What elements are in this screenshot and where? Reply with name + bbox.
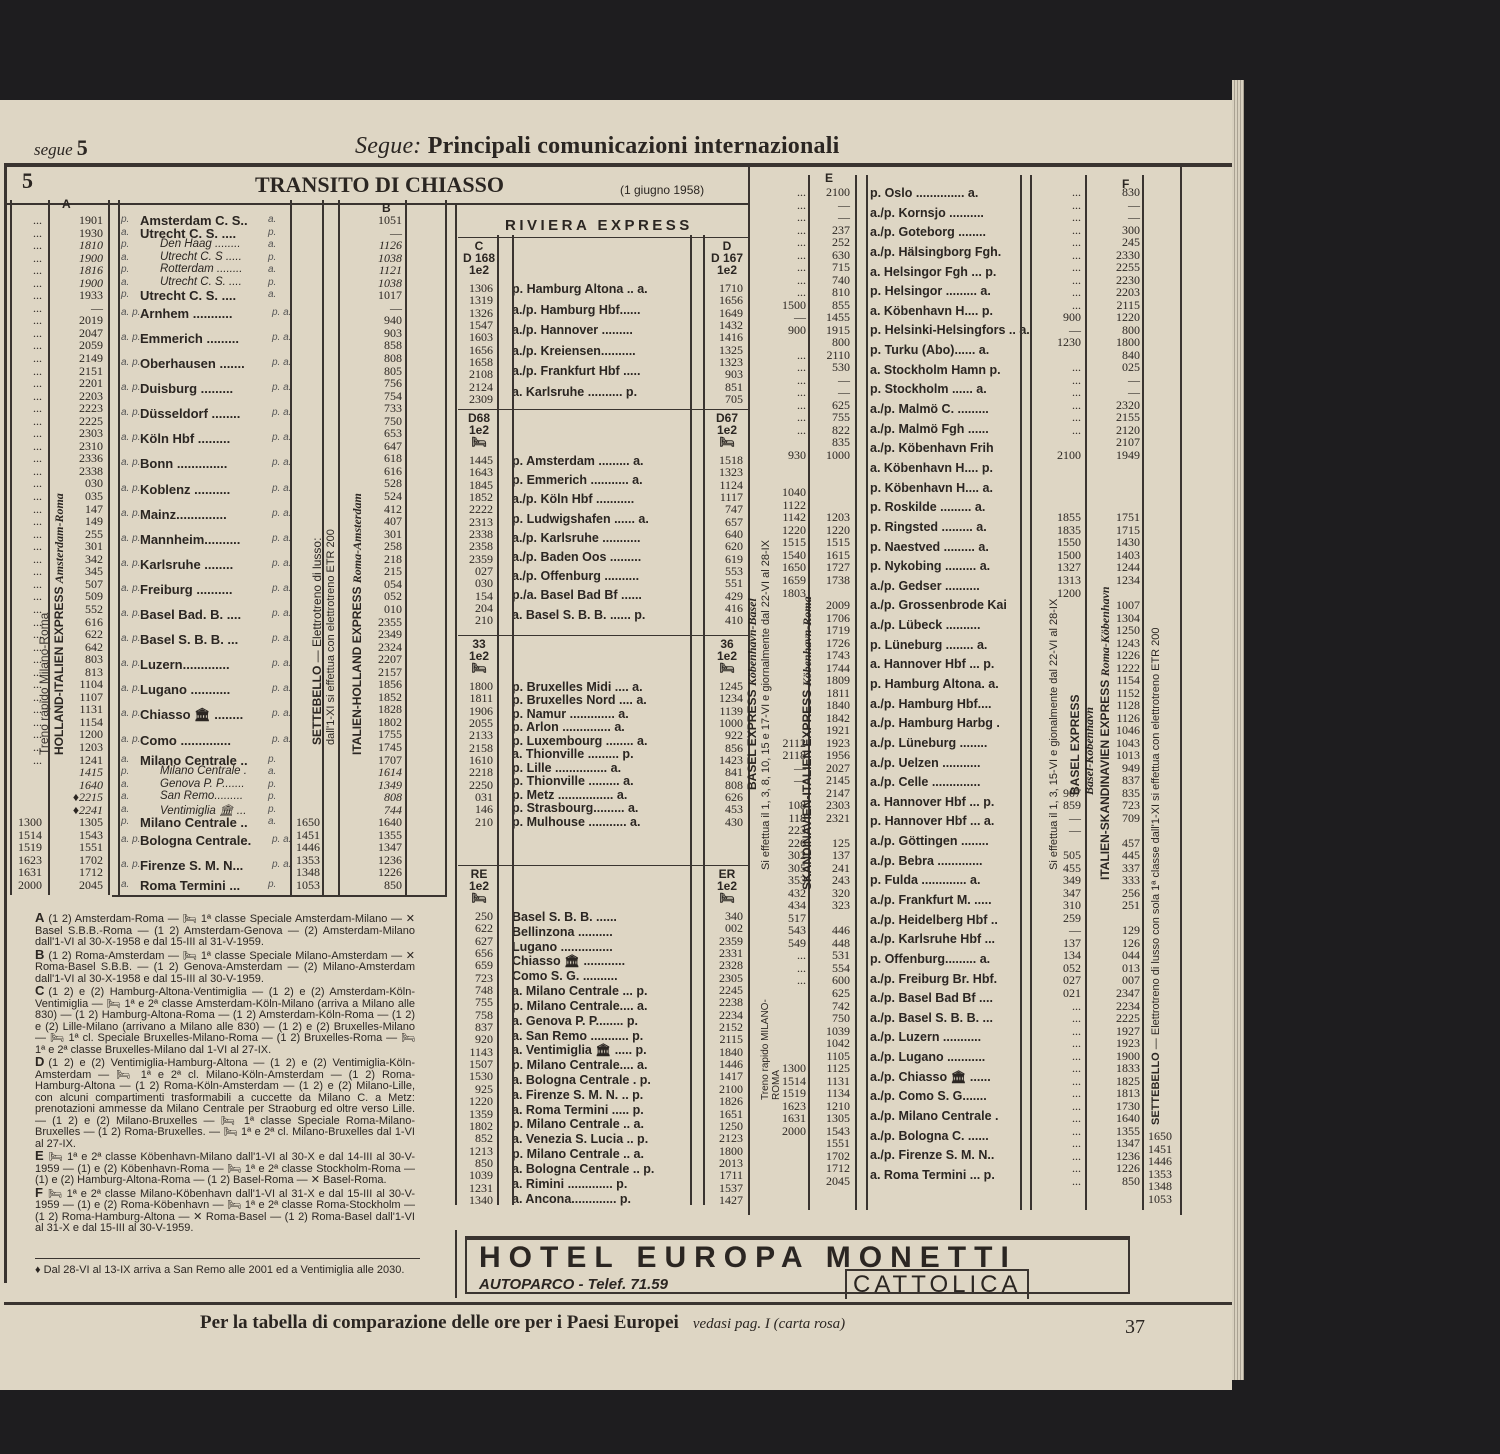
arr-dep-marker: p. a. [272,307,291,318]
italien-skandi-label: ITALIEN-SKANDINAVIEN EXPRESS Roma-Köbenh… [1098,586,1113,880]
time-cell: 810 [812,286,850,299]
time-cell: 002 [705,922,743,934]
station-name: Milano Centrale .. [140,815,248,830]
train-head-left: D68 1e2 🛏 [460,412,498,448]
col-riviera-right: 1245123411391000922856142384180862645343… [705,680,743,828]
time-cell: 1933 [68,289,103,302]
train-head-left: RE 1e2 🛏 [460,868,498,904]
time-cell: 1711 [705,1169,743,1181]
time-cell [12,791,42,804]
station-name: a./p. Celle .............. [870,775,980,789]
time-cell: ... [1045,424,1081,437]
time-cell: 1121 [370,264,402,277]
train-head-right: D D 167 1e2 [708,240,746,276]
arr-dep-marker: p. [268,791,276,802]
time-cell: 258 [370,540,402,553]
station-name: Basel S. B. B. ... [140,632,238,647]
station-name: a./p. Grossenbrode Kai [870,598,1007,612]
row-divider [112,895,447,897]
note-text: (1 2) e (2) Hamburg-Altona-Ventimiglia —… [35,986,415,1056]
station-name: a./p. Offenburg .......... [512,569,639,583]
arr-dep-marker: p. a. [272,859,291,870]
arr-dep-marker: a. [268,264,276,275]
station-name: a./p. Köbenhavn Frih [870,441,994,455]
section-divider [458,865,748,866]
arr-dep-marker: a. [121,791,129,802]
arr-dep-marker: a. [121,804,129,815]
time-cell: 2045 [68,879,103,892]
station-name: p. Emmerich ........... a. [512,473,643,487]
station-name: Utrecht C. S. .... [160,276,242,288]
time-cell: 210 [455,816,493,828]
station-name: a./p. Köln Hbf ........... [512,492,634,506]
time-cell: 1446 [1142,1155,1172,1168]
time-cell: 1643 [455,466,493,478]
treno-rapido-label: Treno rapido Milano-Roma [37,613,51,755]
column-divider [455,205,457,1205]
time-cell: ... [1045,1087,1081,1100]
time-cell: 1300 [12,816,42,829]
note-key: F [35,1185,43,1200]
time-cell: ... [1045,236,1081,249]
time-cell: 530 [812,361,850,374]
station-name: Como .............. [140,733,231,748]
time-cell: 2045 [812,1175,850,1188]
note-e: E🛏 1ª e 2ª classe Köbenhavn-Milano dall'… [35,1150,415,1187]
time-cell: 808 [370,791,402,804]
station-name: a. Hannover Hbf ... p. [870,657,994,671]
settebello-label: SETTEBELLO — Elettrotreno di lusso: [310,538,324,745]
time-cell: 1104 [68,678,103,691]
station-name: Roma Termini ... [140,878,240,893]
time-cell: 1134 [812,1087,850,1100]
time-cell: 1656 [705,294,743,306]
note-key: B [35,947,44,962]
station-name: Arnhem ........... [140,306,232,321]
time-cell: 2225 [1100,1012,1140,1025]
time-cell [1045,486,1081,499]
note-text: 🛏 1ª e 2ª classe Milano-Köbenhavn dall'1… [35,1188,415,1235]
station-name: a./p. Göttingen ........ [870,834,989,848]
time-cell: ... [12,565,42,578]
time-cell: 1631 [770,1112,806,1125]
col-riviera-right: 1710165616491432141613251323903851705 [705,282,743,405]
italien-express-label: ITALIEN-HOLLAND EXPRESS Roma-Amsterdam [350,493,365,755]
station-name: Chiasso 🏛 ............ [512,954,625,969]
station-name: a./p. Kornsjo .......... [870,206,984,220]
station-name: Utrecht C. S ..... [160,251,242,263]
time-cell: 900 [770,324,806,337]
station-name: Bonn .............. [140,456,227,471]
time-cell: ... [1045,1162,1081,1175]
arr-dep-marker: a. [268,289,276,300]
time-cell: 551 [705,577,743,589]
arr-dep-marker: p. [268,277,276,288]
time-cell: ... [12,427,42,440]
time-cell: 1743 [812,649,850,662]
time-cell: 1427 [705,1194,743,1206]
column-divider [48,200,50,895]
time-cell: 850 [1100,1175,1140,1188]
time-cell: 1455 [812,311,850,324]
time-cell: 1347 [370,841,402,854]
station-name: Emmerich ......... [140,331,239,346]
station-name: a. Thionville ......... p. [512,747,634,761]
time-cell: 010 [370,603,402,616]
arr-dep-marker: p. [268,779,276,790]
segue-label: segue5 [34,135,88,161]
time-cell: 210 [455,614,493,626]
time-cell: 2223 [68,402,103,415]
time-cell: 1719 [812,624,850,637]
arr-dep-marker: a. p. [121,859,140,870]
station-name: a./p. Luzern ........... [870,1030,981,1044]
time-cell: 1340 [455,1194,493,1206]
time-cell: 659 [455,959,493,971]
station-name: a./p. Bologna C. ...... [870,1129,989,1143]
note-key: C [35,983,44,998]
station-name: p. Namur ............. a. [512,707,629,721]
station-name: a./p. Gedser .......... [870,579,980,593]
time-cell: 622 [68,628,103,641]
station-name: a./p. Uelzen ........... [870,756,980,770]
time-cell: 035 [68,490,103,503]
footnote: ♦ Dal 28-VI al 13-IX arriva a San Remo a… [35,1265,420,1276]
arr-dep-marker: a. [121,227,129,238]
time-cell: 1417 [705,1070,743,1082]
station-name: a. Hannover Hbf ... p. [870,795,994,809]
time-cell: 1826 [705,1095,743,1107]
time-cell: 2100 [1045,449,1081,462]
arr-dep-marker: a. [121,879,129,890]
station-name: a. Köbenhavn H.... p. [870,461,993,475]
arr-dep-marker: a. p. [121,457,140,468]
station-name: p. Milano Centrale .. a. [512,1117,644,1131]
time-cell: 903 [705,368,743,380]
basel-route-2: Basel-Köbenhavn [1082,707,1097,795]
time-cell: 1203 [68,741,103,754]
note-text: (1 2) e (2) Ventimiglia-Hamburg-Altona —… [35,1057,415,1150]
arr-dep-marker: a. [121,754,129,765]
column-divider [290,200,292,895]
time-cell: 2108 [455,368,493,380]
time-cell: 1220 [1100,311,1140,324]
station-name: a. Ventimiglia 🏛 ..... p. [512,1043,647,1058]
time-cell: 1323 [705,466,743,478]
time-cell: 251 [1100,899,1140,912]
time-cell: 1017 [370,289,402,302]
time-cell: 2000 [12,879,42,892]
time-cell: 1000 [812,449,850,462]
station-name: p. Lille ............... a. [512,761,621,775]
arr-dep-marker: a. p. [121,307,140,318]
station-name: a. Basel S. B. B. ...... p. [512,608,645,622]
time-cell: 1651 [705,1108,743,1120]
station-name: p. Helsingor ......... a. [870,284,991,298]
time-cell: ... [12,402,42,415]
time-cell: 756 [370,377,402,390]
station-name: p. Metz ................ a. [512,788,627,802]
station-name: a. Genova P. P........ p. [512,1014,638,1028]
section-number: 5 [22,168,33,194]
footer-divider [4,1302,1232,1305]
section-divider [458,409,748,410]
time-cell: 1840 [812,699,850,712]
station-name: Basel Bad. B. .... [140,607,241,622]
arr-dep-marker: p. a. [272,332,291,343]
arr-dep-marker: a. p. [121,608,140,619]
treno-rapido-label-2: Treno rapido MILANO-ROMA [760,980,782,1100]
arr-dep-marker: p. a. [272,432,291,443]
divider [4,203,749,205]
station-name: a./p. Baden Oos ......... [512,550,641,564]
column-divider [866,175,868,1210]
station-name: a./p. Hamburg Harbg . [870,716,1000,730]
time-cell: ... [12,754,42,767]
time-cell: 2203 [1100,286,1140,299]
time-cell [1045,461,1081,474]
arr-dep-marker: p. a. [272,708,291,719]
station-name: p. Ringsted ......... a. [870,520,987,534]
col-train-e: 2100——2372526307157408108551455191580021… [812,186,850,1187]
time-cell: ... [1045,261,1081,274]
station-name: p. Mulhouse ........... a. [512,815,641,829]
arr-dep-marker: a. p. [121,658,140,669]
time-cell: 245 [1100,236,1140,249]
station-name: Genova P. P....... [160,778,245,790]
time-cell: 137 [812,849,850,862]
station-name: Mannheim.......... [140,532,240,547]
time-cell: 2155 [1100,411,1140,424]
time-cell: 2358 [455,540,493,552]
station-name: a. Stockholm Hamn p. [870,363,1001,377]
arr-dep-marker: p. a. [272,508,291,519]
station-name: Milano Centrale . [160,765,247,777]
time-cell: 1614 [370,766,402,779]
station-name: a./p. Basel Bad Bf .... [870,991,993,1005]
time-cell: 1039 [455,1169,493,1181]
basel-express-note: Si effettua il 1, 3, 8, 10, 15 e 17-VI e… [760,540,772,870]
station-name: a./p. Frankfurt Hbf ..... [512,364,640,378]
time-cell: 345 [68,565,103,578]
time-cell: ... [1045,1062,1081,1075]
station-name: p. Fulda ............. a. [870,873,980,887]
arr-dep-marker: p. [121,766,129,777]
divider [455,1230,457,1298]
time-cell: 1551 [812,1137,850,1150]
note-key: A [35,910,44,925]
station-name: a./p. Karlsruhe ........... [512,531,641,545]
col-riviera-right: 3400022359233123282305224522382234215221… [705,910,743,1206]
arr-dep-marker: p. a. [272,382,291,393]
arr-dep-marker: a. p. [121,483,140,494]
station-name: a./p. Kreiensen.......... [512,344,636,358]
station-name: Chiasso 🏛 ........ [140,707,243,723]
note-b: B(1 2) Roma-Amsterdam — 🛏 1ª classe Spec… [35,949,415,986]
time-cell: ... [770,386,806,399]
column-divider [1030,175,1032,1210]
time-cell: 1319 [455,294,493,306]
arr-dep-marker: p. a. [272,734,291,745]
time-cell: 622 [455,922,493,934]
station-name: Rotterdam ........ [160,263,242,275]
time-cell: ... [12,239,42,252]
time-cell: 2107 [1100,436,1140,449]
station-name: p. Amsterdam ......... a. [512,454,644,468]
note-text: 🛏 1ª e 2ª classe Köbenhavn-Milano dall'1… [35,1151,415,1186]
time-cell: 2149 [68,352,103,365]
time-cell: 1816 [68,264,103,277]
time-cell: 1833 [1100,1062,1140,1075]
station-name: p. Roskilde ......... a. [870,500,985,514]
section-divider [458,635,748,636]
time-cell: ... [12,264,42,277]
col-riviera-right: 1518132311241117747657640620619553551429… [705,454,743,627]
time-cell: ... [1045,186,1081,199]
station-name: a. Helsingor Fgh ... p. [870,265,996,279]
time-cell: — [770,311,806,324]
time-cell: 2100 [812,186,850,199]
station-name: a./p. Chiasso 🏛 ...... [870,1070,991,1085]
time-cell: 021 [1045,987,1081,1000]
time-cell: 1200 [1045,587,1081,600]
station-name: a./p. Milano Centrale . [870,1109,999,1123]
station-name: Duisburg ......... [140,381,233,396]
train-head-a: A [62,198,71,210]
time-cell: 252 [812,236,850,249]
station-name: a./p. Frankfurt M. ..... [870,893,992,907]
time-cell: 1125 [812,1062,850,1075]
time-cell: ... [770,411,806,424]
station-name: Basel S. B. B. ...... [512,910,617,924]
time-cell: ... [12,540,42,553]
station-name: San Remo......... [160,790,243,802]
column-divider [1085,175,1087,1210]
station-name: a. Köbenhavn H.... p. [870,304,993,318]
arr-dep-marker: p. a. [272,834,291,845]
note-a: A(1 2) Amsterdam-Roma — 🛏 1ª classe Spec… [35,912,415,949]
basel-express-note-2: Si effettua il 1, 3, 15-VI e gionalmente… [1048,599,1060,870]
column-divider [108,200,110,895]
time-cell: 1519 [12,841,42,854]
time-cell: 1348 [1142,1180,1172,1193]
time-cell: 1234 [705,692,743,704]
arr-dep-marker: p. a. [272,683,291,694]
station-name: p. Offenburg......... a. [870,952,990,966]
time-cell: ... [1045,411,1081,424]
time-cell [770,336,806,349]
time-cell: 835 [812,436,850,449]
time-cell: 755 [812,411,850,424]
arr-dep-marker: a. p. [121,382,140,393]
time-cell: ... [1045,1037,1081,1050]
time-cell: — [1100,211,1140,224]
arr-dep-marker: a. [121,277,129,288]
section-divider [458,237,748,238]
station-name: a. Venezia S. Lucia .. p. [512,1132,648,1146]
time-cell: 1603 [455,331,493,343]
station-name: Lugano ............... [512,940,613,954]
time-cell: 1640 [1100,1112,1140,1125]
station-name: Bellinzona .......... [512,925,613,939]
time-cell: — [812,386,850,399]
station-name: a./p. Lübeck .......... [870,618,980,632]
time-cell: 1956 [812,749,850,762]
col-riviera-left: 2506226276566597237487557588379201143150… [455,910,493,1206]
time-cell: 1131 [68,703,103,716]
station-name: a./p. Hamburg Hbf.... [870,697,992,711]
arr-dep-marker: a. [121,779,129,790]
arr-dep-marker: p. [121,214,129,225]
station-name: a./p. Malmö Fgh ...... [870,422,989,436]
time-cell: 1042 [812,1037,850,1050]
station-name: p. Helsinki-Helsingfors .. a. [870,323,1030,337]
footnote-divider [35,1258,420,1259]
station-name: a./p. Hamburg Hbf...... [512,303,640,317]
table-title: TRANSITO DI CHIASSO [255,172,504,198]
time-cell: 715 [812,261,850,274]
time-cell: ... [1045,286,1081,299]
time-cell: 030 [455,577,493,589]
arr-dep-marker: p. [268,804,276,815]
arr-dep-marker: p. [268,227,276,238]
time-cell [770,461,806,474]
column-divider [690,235,692,1205]
note-key: E [35,1148,44,1163]
time-cell: 2201 [68,377,103,390]
time-cell: 1234 [1100,574,1140,587]
time-cell: 2328 [705,959,743,971]
time-cell: 653 [370,427,402,440]
time-cell: 1040 [770,486,806,499]
time-cell: ... [1045,1137,1081,1150]
arr-dep-marker: p. [121,816,129,827]
time-cell: 1226 [1100,1162,1140,1175]
arr-dep-marker: p. [268,879,276,890]
basel-express-label: BASEL EXPRESS Köbenhavn-Basel [745,598,760,790]
arr-dep-marker: p. [121,264,129,275]
time-cell: ... [1045,1112,1081,1125]
train-head-b: B [382,202,391,214]
station-name: a. Ancona............. p. [512,1192,631,1206]
station-name: p. Arlon .............. a. [512,720,625,734]
time-cell: 705 [705,393,743,405]
time-cell: 755 [455,996,493,1008]
arr-dep-marker: a. [268,239,276,250]
time-cell: 1416 [705,331,743,343]
station-name: p. Turku (Abo)...... a. [870,343,989,357]
time-cell [770,436,806,449]
time-cell: 2222 [455,503,493,515]
station-name: a./p. Lugano ........... [870,1050,985,1064]
time-cell: 407 [370,515,402,528]
time-cell: 1810 [68,239,103,252]
note-text: (1 2) Roma-Amsterdam — 🛏 1ª classe Speci… [35,950,415,985]
train-head-e: E [825,172,833,184]
col-riviera-left: 1445164318451852222223132338235823590270… [455,454,493,627]
time-cell: 1359 [455,1108,493,1120]
time-cell: 852 [455,1132,493,1144]
time-cell: 1126 [370,239,402,252]
station-name: p. Hannover Hbf ... a. [870,814,994,828]
time-cell: 900 [1045,311,1081,324]
station-name: Lugano ........... [140,682,230,697]
station-name: a. Roma Termini ... p. [870,1168,995,1182]
arr-dep-marker: a. p. [121,683,140,694]
time-cell [1100,474,1140,487]
arr-dep-marker: p. [268,754,276,765]
time-cell: ... [12,289,42,302]
